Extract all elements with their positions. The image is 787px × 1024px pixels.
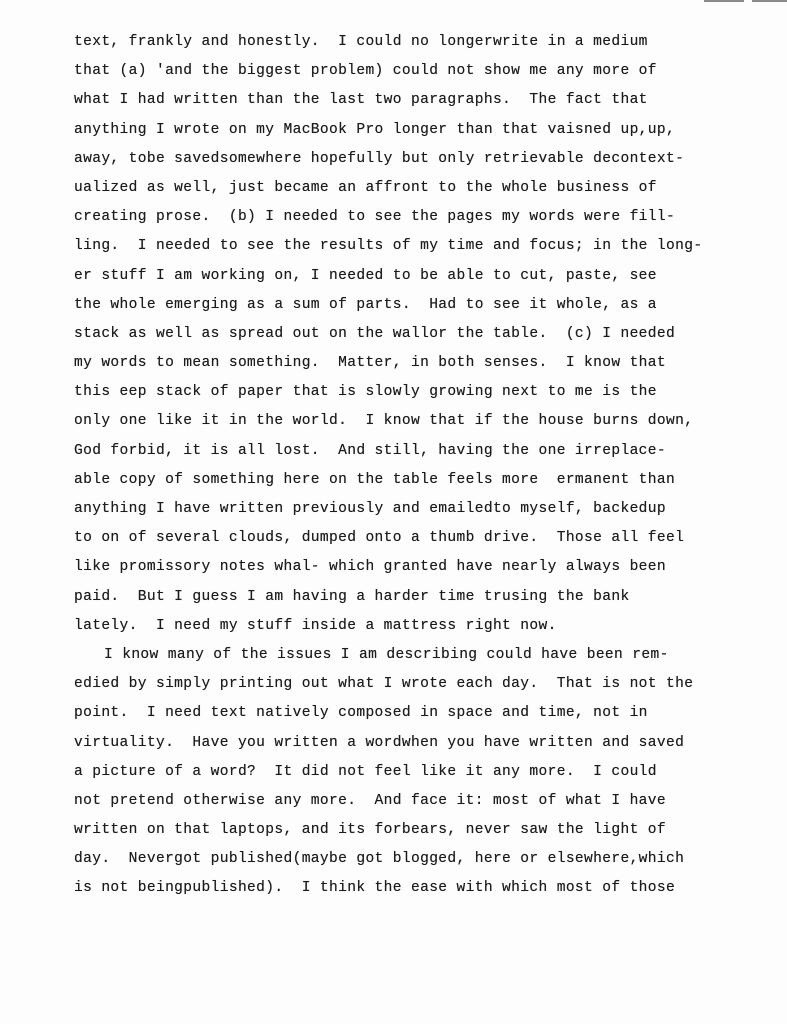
text-line: day. Nevergot published(maybe got blogge… bbox=[74, 845, 734, 874]
text-line: not pretend otherwise any more. And face… bbox=[74, 787, 734, 816]
text-line: away, tobe savedsomewhere hopefully but … bbox=[74, 145, 734, 174]
text-line: paid. But I guess I am having a harder t… bbox=[74, 583, 734, 612]
text-line: only one like it in the world. I know th… bbox=[74, 407, 734, 436]
text-line: like promissory notes whal- which grante… bbox=[74, 553, 734, 582]
paragraph-first-line: I know many of the issues I am describin… bbox=[74, 641, 734, 670]
text-line: ling. I needed to see the results of my … bbox=[74, 232, 734, 261]
text-line: point. I need text natively composed in … bbox=[74, 699, 734, 728]
text-line: what I had written than the last two par… bbox=[74, 86, 734, 115]
text-line: able copy of something here on the table… bbox=[74, 466, 734, 495]
text-line: this eep stack of paper that is slowly g… bbox=[74, 378, 734, 407]
text-line: the whole emerging as a sum of parts. Ha… bbox=[74, 291, 734, 320]
text-line: a picture of a word? It did not feel lik… bbox=[74, 758, 734, 787]
text-line: creating prose. (b) I needed to see the … bbox=[74, 203, 734, 232]
text-line: is not beingpublished). I think the ease… bbox=[74, 874, 734, 903]
text-line: that (a) 'and the biggest problem) could… bbox=[74, 57, 734, 86]
text-line: er stuff I am working on, I needed to be… bbox=[74, 262, 734, 291]
typewritten-page: text, frankly and honestly. I could no l… bbox=[74, 28, 734, 904]
text-line: stack as well as spread out on the wallo… bbox=[74, 320, 734, 349]
text-line: anything I wrote on my MacBook Pro longe… bbox=[74, 116, 734, 145]
scan-edge-mark bbox=[704, 0, 744, 2]
text-line: my words to mean something. Matter, in b… bbox=[74, 349, 734, 378]
text-line: text, frankly and honestly. I could no l… bbox=[74, 28, 734, 57]
text-line: virtuality. Have you written a wordwhen … bbox=[74, 729, 734, 758]
text-line: God forbid, it is all lost. And still, h… bbox=[74, 437, 734, 466]
scan-edge-mark bbox=[752, 0, 787, 2]
text-line: ualized as well, just became an affront … bbox=[74, 174, 734, 203]
text-line: anything I have written previously and e… bbox=[74, 495, 734, 524]
text-line: written on that laptops, and its forbear… bbox=[74, 816, 734, 845]
text-line: to on of several clouds, dumped onto a t… bbox=[74, 524, 734, 553]
text-line: edied by simply printing out what I wrot… bbox=[74, 670, 734, 699]
text-line: lately. I need my stuff inside a mattres… bbox=[74, 612, 734, 641]
